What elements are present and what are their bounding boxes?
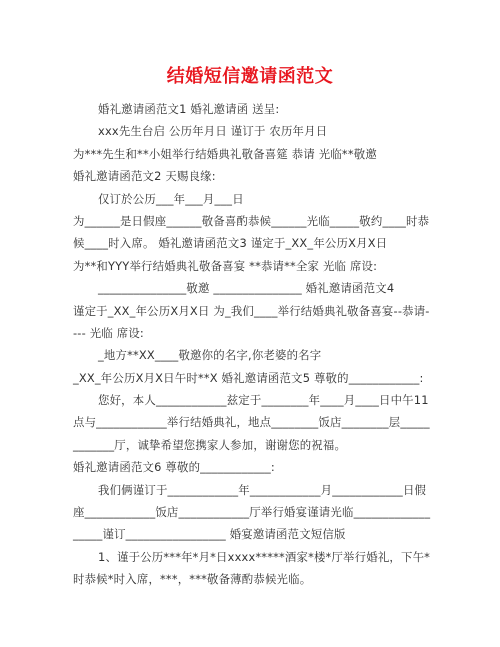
paragraph-line: 婚礼邀请函范文2 天赐良缘: [73, 165, 429, 187]
paragraph-line: 座____________饭店____________厅举行婚宴谨请光临____… [73, 501, 429, 523]
paragraph-line: _______________敬邀 _______________ 婚礼邀请函范… [73, 277, 429, 299]
paragraph-line: _______厅，诚挚希望您携家人参加，谢谢您的祝福。 [73, 434, 429, 456]
paragraph-line: 为______是日假座______敬备喜酌恭候______光临_____敬约__… [73, 210, 429, 232]
document-body: 婚礼邀请函范文1 婚礼邀请函 送呈:xxx先生台启 公历年月日 谨订于 农历年月… [73, 98, 429, 591]
paragraph-line: --- 光临 席设: [73, 322, 429, 344]
paragraph-line: _XX_年公历X月X日午时**X 婚礼邀请函范文5 尊敬的___________… [73, 367, 429, 389]
paragraph-line: xxx先生台启 公历年月日 谨订于 农历年月日 [73, 120, 429, 142]
paragraph-line: 仅订於公历___年___月___日 [73, 188, 429, 210]
document-title: 结婚短信邀请函范文 [0, 62, 500, 88]
paragraph-line: 为**和YYY举行结婚典礼敬备喜宴 **恭请**全家 光临 席设: [73, 255, 429, 277]
paragraph-line: _地方**XX____敬邀你的名字,你老婆的名字 [73, 344, 429, 366]
paragraph-line: 您好，本人____________兹定于________年____月____日中… [73, 389, 429, 411]
paragraph-line: 时恭候*时入席，***，***敬备薄酌恭候光临。 [73, 568, 429, 590]
paragraph-line: 候____时入席。 婚礼邀请函范文3 谨定于_XX_年公历X月X日 [73, 232, 429, 254]
paragraph-line: 我们俩谨订于____________年____________月________… [73, 479, 429, 501]
paragraph-line: 婚礼邀请函范文6 尊敬的____________: [73, 456, 429, 478]
paragraph-line: 为***先生和**小姐举行结婚典礼敬备喜筵 恭请 光临**敬邀 [73, 143, 429, 165]
paragraph-line: 婚礼邀请函范文1 婚礼邀请函 送呈: [73, 98, 429, 120]
paragraph-line: 点与____________举行结婚典礼，地点________饭店_______… [73, 411, 429, 433]
paragraph-line: 1、谨于公历***年*月*日xxxx*****酒家*楼*厅举行婚礼，下午* [73, 546, 429, 568]
paragraph-line: 谨定于_XX_年公历X月X日 为_我们____举行结婚典礼敬备喜宴--恭请- [73, 300, 429, 322]
paragraph-line: _____谨订_________________ 婚宴邀请函范文短信版 [73, 523, 429, 545]
